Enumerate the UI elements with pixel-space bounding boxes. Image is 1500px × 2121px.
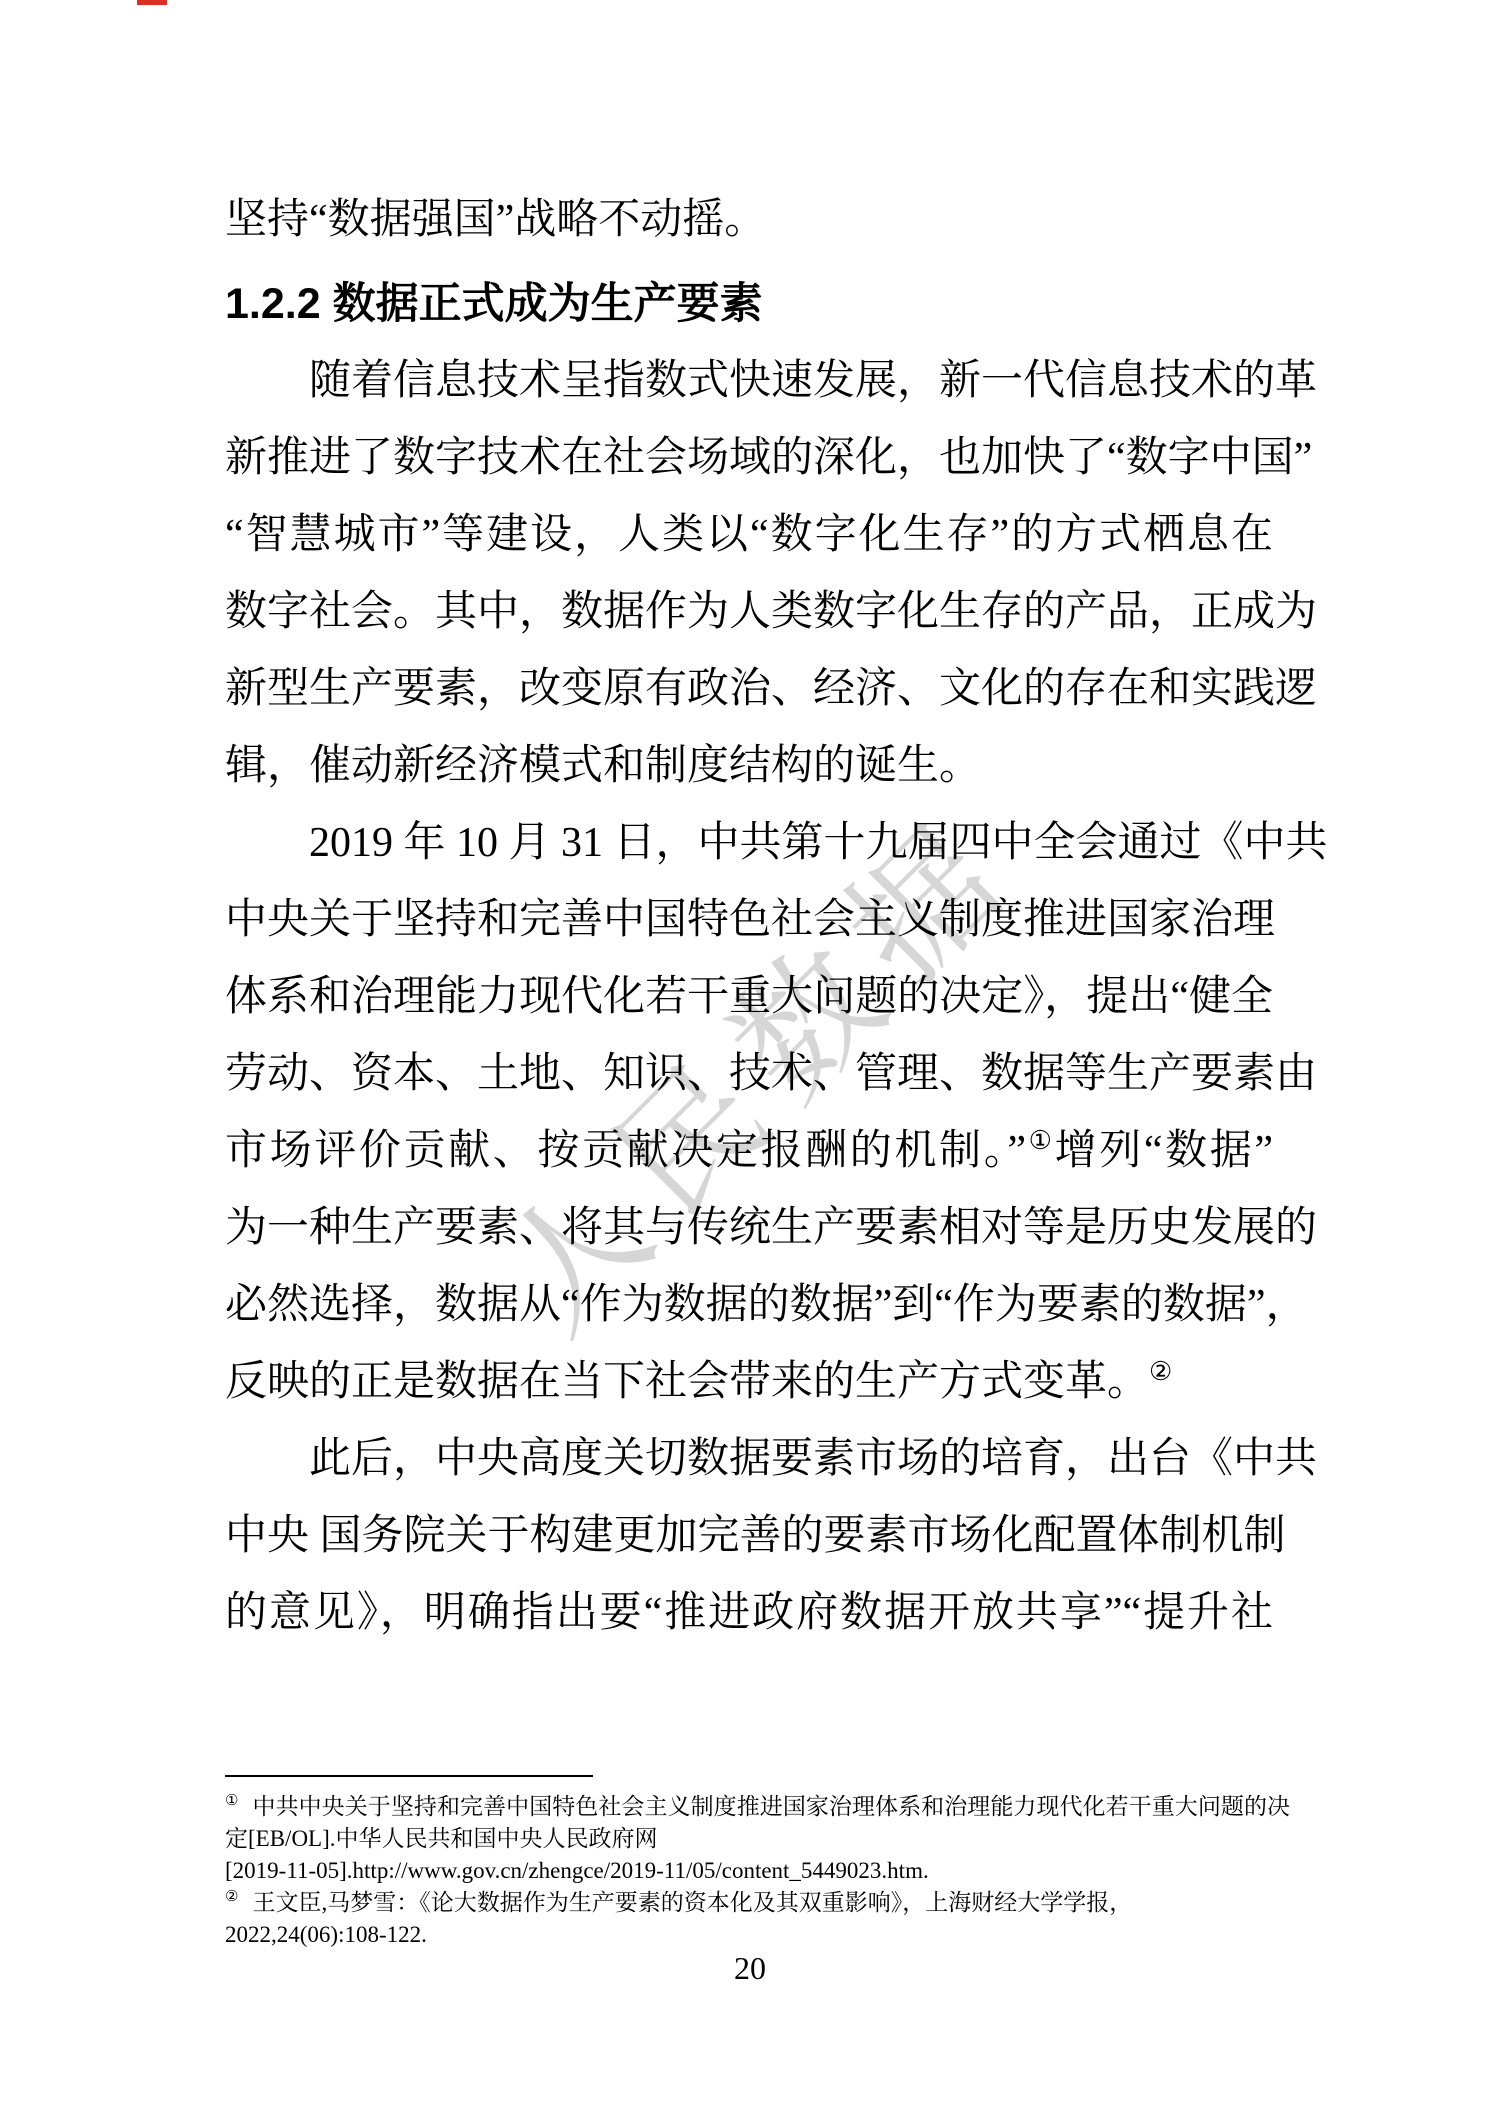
footnote-area: ①中共中央关于坚持和完善中国特色社会主义制度推进国家治理体系和治理能力现代化若干… xyxy=(225,1775,1290,1951)
footnote-marker-2: ② xyxy=(225,1889,238,1905)
footnote-1: ①中共中央关于坚持和完善中国特色社会主义制度推进国家治理体系和治理能力现代化若干… xyxy=(225,1791,1290,1887)
footnote-2: ②王文臣,马梦雪：《论大数据作为生产要素的资本化及其双重影响》，上海财经大学学报… xyxy=(225,1887,1290,1951)
body-line: 劳动、资本、土地、知识、技术、管理、数据等生产要素由 xyxy=(225,1036,1273,1113)
document-page: 人民数据 坚持“数据强国”战略不动摇。 1.2.2 数据正式成为生产要素 随着信… xyxy=(0,0,1500,2121)
body-line: 随着信息技术呈指数式快速发展，新一代信息技术的革 xyxy=(225,343,1273,420)
body-line: 中央关于坚持和完善中国特色社会主义制度推进国家治理 xyxy=(225,882,1273,959)
body-text: 增列“数据” xyxy=(1055,1128,1273,1174)
footnote-text: 王文臣,马梦雪：《论大数据作为生产要素的资本化及其双重影响》，上海财经大学学报， xyxy=(252,1890,1132,1915)
footnote-marker-1: ① xyxy=(225,1793,239,1809)
body-line: 此后，中央高度关切数据要素市场的培育，出台《中共 xyxy=(225,1421,1273,1498)
footnote-separator xyxy=(225,1775,593,1777)
section-heading: 1.2.2 数据正式成为生产要素 xyxy=(225,266,1273,343)
body-line: 为一种生产要素、将其与传统生产要素相对等是历史发展的 xyxy=(225,1190,1273,1267)
paragraph-2: 2019 年 10 月 31 日，中共第十九届四中全会通过《中共 中央关于坚持和… xyxy=(225,805,1273,1421)
footnote-ref-1: ① xyxy=(1026,1126,1055,1155)
body-line: 的意见》，明确指出要“推进政府数据开放共享”“提升社 xyxy=(225,1575,1273,1652)
footnote-text: 中共中央关于坚持和完善中国特色社会主义制度推进国家治理体系和治理能力现代化若干重… xyxy=(253,1794,1291,1819)
body-text: 市场评价贡献、按贡献决定报酬的机制。” xyxy=(225,1128,1026,1174)
footnote-line: 2022,24(06):108-122. xyxy=(225,1919,1290,1951)
body-line: 体系和治理能力现代化若干重大问题的决定》，提出“健全 xyxy=(225,959,1273,1036)
body-line: “智慧城市”等建设，人类以“数字化生存”的方式栖息在 xyxy=(225,497,1273,574)
page-body: 坚持“数据强国”战略不动摇。 1.2.2 数据正式成为生产要素 随着信息技术呈指… xyxy=(225,182,1273,1652)
page-number: 20 xyxy=(0,1950,1500,1986)
body-line: 新推进了数字技术在社会场域的深化，也加快了“数字中国” xyxy=(225,420,1273,497)
footnote-line: 定[EB/OL].中华人民共和国中央人民政府网 xyxy=(225,1823,1290,1855)
body-line: 必然选择，数据从“作为数据的数据”到“作为要素的数据”， xyxy=(225,1267,1273,1344)
red-edge-mark xyxy=(137,0,167,5)
body-line: 市场评价贡献、按贡献决定报酬的机制。”①增列“数据” xyxy=(225,1113,1273,1190)
body-text: 反映的正是数据在当下社会带来的生产方式变革。 xyxy=(225,1359,1149,1405)
footnote-line: ②王文臣,马梦雪：《论大数据作为生产要素的资本化及其双重影响》，上海财经大学学报… xyxy=(225,1887,1290,1919)
footnote-ref-2: ② xyxy=(1149,1357,1172,1386)
body-line: 坚持“数据强国”战略不动摇。 xyxy=(225,182,1273,259)
footnote-line: [2019-11-05].http://www.gov.cn/zhengce/2… xyxy=(225,1855,1290,1887)
body-line: 2019 年 10 月 31 日，中共第十九届四中全会通过《中共 xyxy=(225,805,1273,882)
body-line: 辑，催动新经济模式和制度结构的诞生。 xyxy=(225,728,1273,805)
body-line: 反映的正是数据在当下社会带来的生产方式变革。② xyxy=(225,1344,1273,1421)
body-line: 中央 国务院关于构建更加完善的要素市场化配置体制机制 xyxy=(225,1498,1273,1575)
body-line: 数字社会。其中，数据作为人类数字化生存的产品，正成为 xyxy=(225,574,1273,651)
footnote-line: ①中共中央关于坚持和完善中国特色社会主义制度推进国家治理体系和治理能力现代化若干… xyxy=(225,1791,1290,1823)
paragraph-3: 此后，中央高度关切数据要素市场的培育，出台《中共 中央 国务院关于构建更加完善的… xyxy=(225,1421,1273,1652)
paragraph-1: 随着信息技术呈指数式快速发展，新一代信息技术的革 新推进了数字技术在社会场域的深… xyxy=(225,343,1273,805)
body-line: 新型生产要素，改变原有政治、经济、文化的存在和实践逻 xyxy=(225,651,1273,728)
